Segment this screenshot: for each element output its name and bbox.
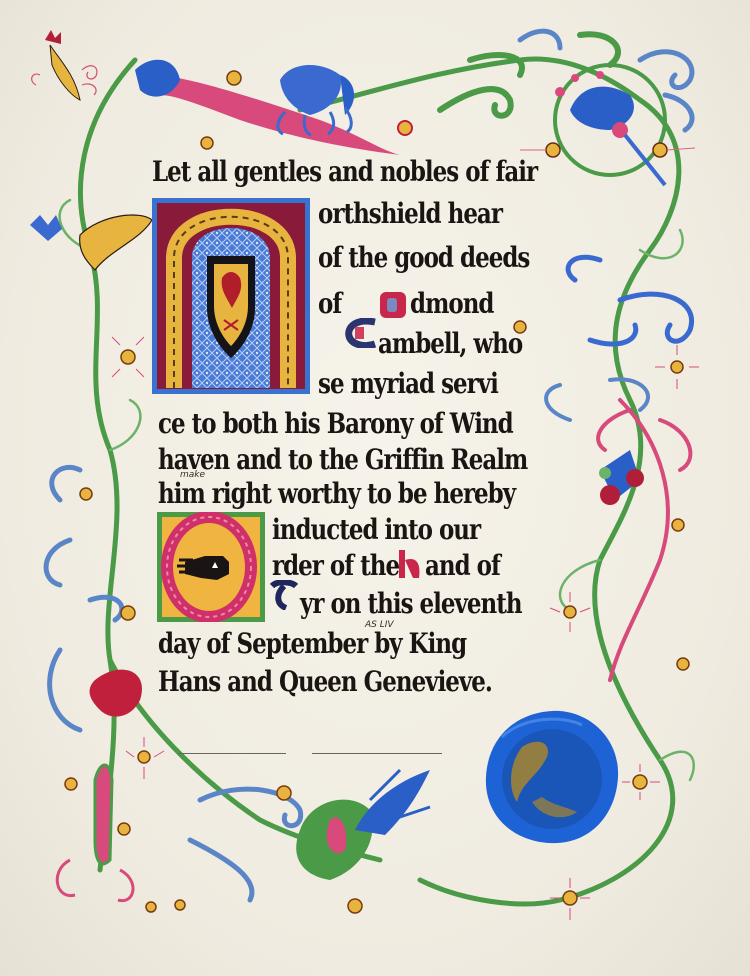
initial-h (395, 548, 425, 578)
initial-e (378, 290, 408, 320)
initial-t (268, 580, 298, 610)
wax-seal (482, 707, 622, 847)
text-line-5: ambell, who (378, 330, 522, 358)
text-line-6: se myriad servi (318, 370, 498, 398)
signature-line-1 (178, 753, 286, 754)
signature-line-2 (312, 753, 442, 754)
text-line-13: day of September by King (158, 630, 466, 658)
text-line-11: rder of the (272, 552, 399, 580)
text-line-4b: dmond (410, 290, 493, 318)
text-line-11b: and of (425, 552, 500, 580)
text-line-9: him right worthy to be hereby (158, 480, 515, 508)
text-line-14: Hans and Queen Genevieve. (158, 668, 492, 696)
text-line-2: orthshield hear (318, 200, 502, 228)
text-line-8: haven and to the Griffin Realm (158, 446, 527, 474)
illuminated-initial-n (152, 198, 310, 394)
text-line-12: yr on this eleventh (300, 590, 522, 618)
illuminated-initial-o (157, 512, 265, 622)
text-line-3: of the good deeds (318, 244, 529, 272)
text-line-10: inducted into our (272, 516, 480, 544)
text-line-4: of (318, 290, 341, 318)
text-line-7: ce to both his Barony of Wind (158, 410, 513, 438)
text-line-1: Let all gentles and nobles of fair (152, 158, 537, 186)
parchment-page: Let all gentles and nobles of fair orths… (0, 0, 750, 976)
initial-c (345, 318, 375, 348)
